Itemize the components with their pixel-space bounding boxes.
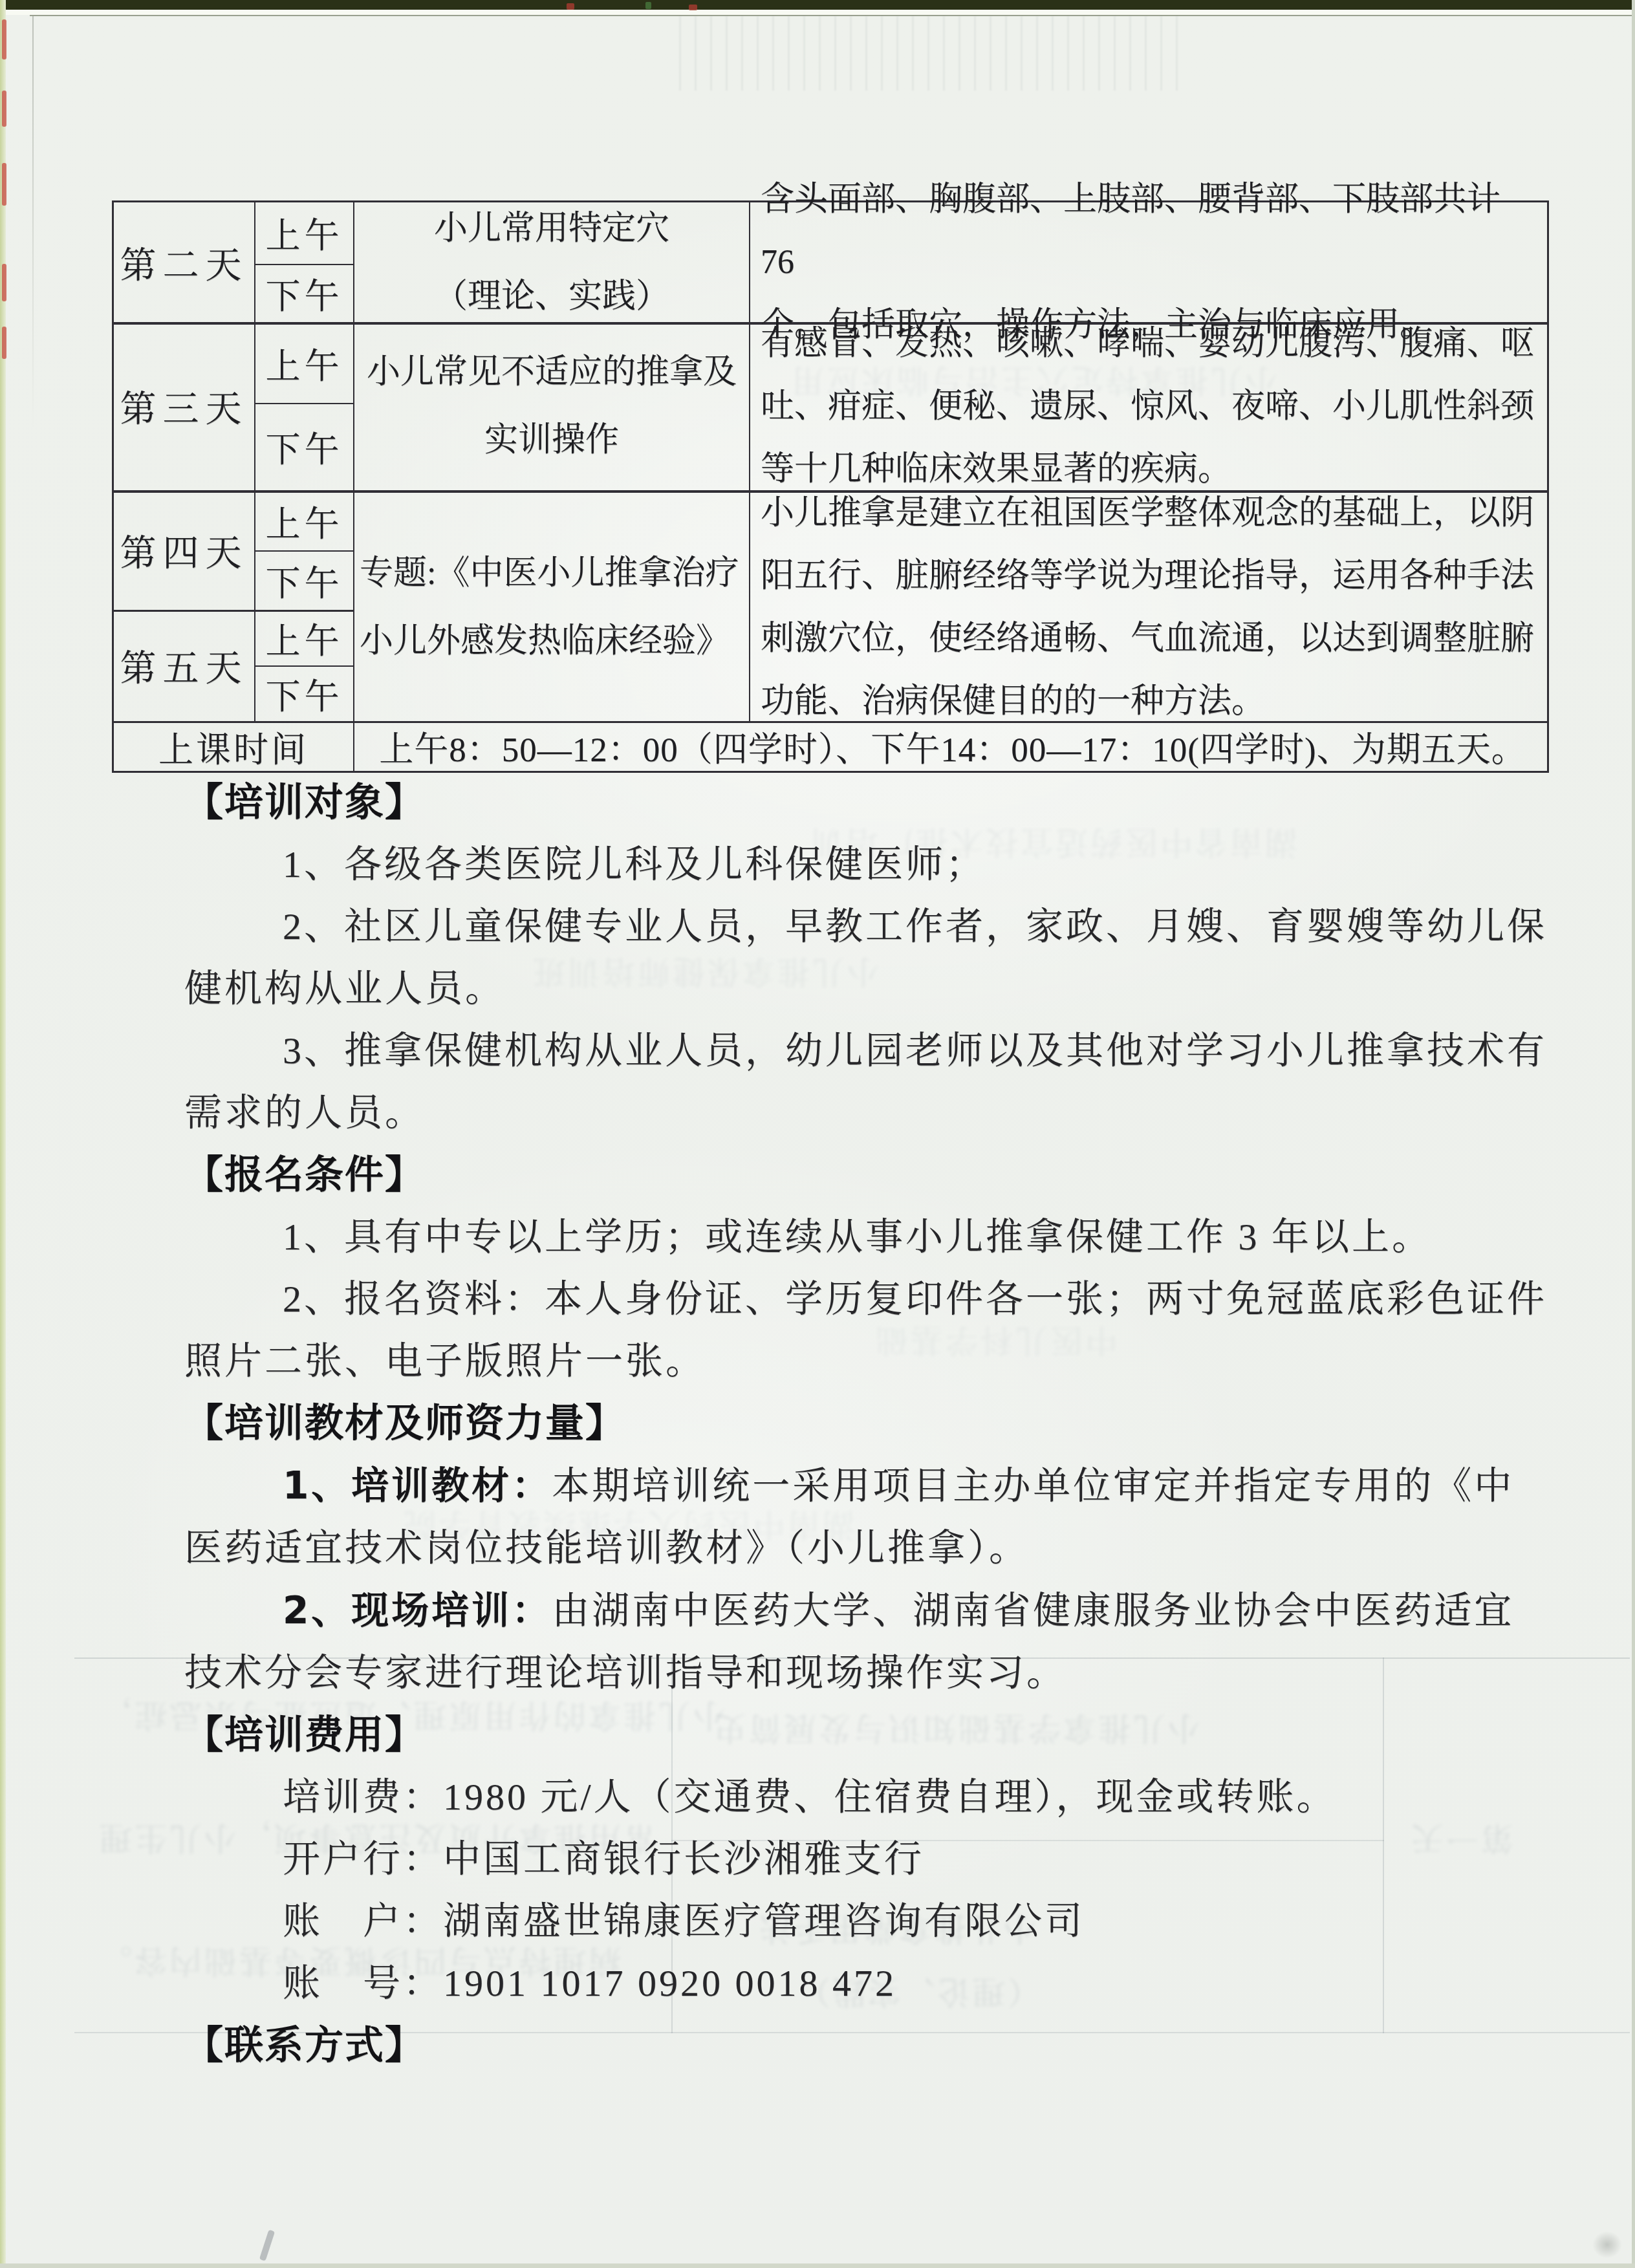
section-heading-materials-faculty: 【培训教材及师资力量】 [184,1392,1550,1454]
paragraph-text: 2、报名资料：本人身份证、学历复印件各一张；两寸免冠蓝底彩色证件照片二张、电子版… [184,1278,1547,1382]
description-line: 吐、疳症、便秘、遗尿、惊风、夜啼、小儿肌性斜颈 [761,375,1534,438]
table-cell-topic-day2: 小儿常用特定穴 （理论、实践） [354,202,749,322]
scanned-document-page: 小儿推拿学基础知识与发展简史 小儿推拿常用手法 （理论、实践） 第一天 小儿推拿… [0,0,1635,2268]
red-edge-mark [2,19,6,59]
paragraph: 1、具有中专以上学历；或连续从事小儿推拿保健工作 3 年以上。 [184,1206,1550,1268]
paragraph-text: 3、推拿保健机构从业人员，幼儿园老师以及其他对学习小儿推拿技术有需求的人员。 [184,1030,1547,1134]
red-edge-mark [2,264,6,301]
paper-fold-shadow [32,16,34,430]
table-cell-pm: 下午 [255,552,353,610]
topic-line: （理论、实践） [434,263,669,330]
red-edge-mark [2,163,6,206]
paragraph: 2、现场培训：由湖南中医药大学、湖南省健康服务业协会中医药适宜技术分会专家进行理… [184,1579,1550,1704]
scanner-bottom-band [0,2263,1635,2268]
scan-smudge [1592,2231,1622,2258]
topic-line: 专题:《中医小儿推拿治疗 [360,539,739,607]
table-cell-am: 上午 [255,493,353,550]
topic-line: 小儿常见不适应的推拿及 [367,338,737,406]
paragraph-text: 1、各级各类医院儿科及儿科保健医师； [283,843,986,885]
document-body: 【培训对象】 1、各级各类医院儿科及儿科保健医师； 2、社区儿童保健专业人员，早… [184,772,1550,2077]
paragraph-text: 培训费：1980 元/人（交通费、住宿费自理），现金或转账。 [283,1776,1337,1818]
topic-line: 小儿常用特定穴 [434,195,669,263]
pencil-mark [259,2230,275,2262]
table-cell-day-2: 第二天 [114,202,254,322]
table-cell-class-time-value: 上午8：50—12：00（四学时）、下午14：00—17：10(四学时)、为期五… [354,723,1551,771]
schedule-table: 第二天 第三天 第四天 第五天 上午 下午 上午 下午 上午 下午 上午 下午 … [112,200,1549,773]
topic-line: 实训操作 [484,406,619,474]
table-cell-pm: 下午 [255,265,353,322]
paragraph: 2、报名资料：本人身份证、学历复印件各一张；两寸免冠蓝底彩色证件照片二张、电子版… [184,1268,1550,1392]
paragraph-text: 账 户：湖南盛世锦康医疗管理咨询有限公司 [283,1900,1085,1942]
description-line: 有感冒、发热、咳嗽、哮喘、婴幼儿腹泻、腹痛、呕 [761,312,1534,375]
table-cell-topic-day4-5: 专题:《中医小儿推拿治疗 小儿外感发热临床经验》 [354,493,749,721]
scan-speck [567,3,574,10]
red-edge-mark [2,91,6,127]
section-heading-contact: 【联系方式】 [184,2014,1550,2077]
topic-line: 小儿外感发热临床经验》 [360,607,730,675]
table-cell-day-3: 第三天 [114,322,254,490]
paragraph-account-name: 账 户：湖南盛世锦康医疗管理咨询有限公司 [184,1890,1550,1952]
section-heading-registration-requirements: 【报名条件】 [184,1144,1550,1206]
table-cell-class-time-label: 上课时间 [114,723,353,771]
paragraph: 1、各级各类医院儿科及儿科保健医师； [184,834,1550,896]
table-cell-day-5: 第五天 [114,610,254,721]
scanner-right-edge [1632,0,1635,2268]
table-cell-description-day4-5: 小儿推拿是建立在祖国医学整体观念的基础上，以阴 阳五行、脏腑经络等学说为理论指导… [750,493,1551,721]
table-cell-description-day3: 有感冒、发热、咳嗽、哮喘、婴幼儿腹泻、腹痛、呕 吐、疳症、便秘、遗尿、惊风、夜啼… [750,322,1551,490]
paragraph-text: 1、具有中专以上学历；或连续从事小儿推拿保健工作 3 年以上。 [283,1216,1432,1258]
red-edge-mark [2,327,6,359]
section-heading-training-targets: 【培训对象】 [184,772,1550,834]
description-line: 刺激穴位，使经络通畅、气血流通，以达到调整脏腑 [761,607,1534,670]
table-cell-pm: 下午 [255,667,353,721]
scan-speck [689,5,697,10]
description-line: 含头面部、胸腹部、上肢部、腰背部、下肢部共计 76 [761,168,1541,294]
paragraph: 1、培训教材：本期培训统一采用项目主办单位审定并指定专用的《中医药适宜技术岗位技… [184,1454,1550,1579]
scan-speck [645,2,651,9]
scan-streaks [679,16,1184,91]
table-cell-description-day2: 含头面部、胸腹部、上肢部、腰背部、下肢部共计 76 个。包括取穴，操作方法，主治… [750,202,1551,322]
table-cell-pm: 下午 [255,404,353,490]
paragraph: 3、推拿保健机构从业人员，幼儿园老师以及其他对学习小儿推拿技术有需求的人员。 [184,1020,1550,1144]
scanner-top-band [0,0,1635,10]
description-line: 小儿推拿是建立在祖国医学整体观念的基础上，以阴 [761,482,1534,545]
paper-top-edge [0,10,1635,15]
table-cell-am: 上午 [255,202,353,264]
table-cell-am: 上午 [255,325,353,403]
description-line: 阳五行、脏腑经络等学说为理论指导，运用各种手法 [761,545,1534,607]
table-cell-topic-day3: 小儿常见不适应的推拿及 实训操作 [354,322,749,490]
paragraph-text: 开户行：中国工商银行长沙湘雅支行 [283,1838,924,1880]
paragraph-fee: 培训费：1980 元/人（交通费、住宿费自理），现金或转账。 [184,1766,1550,1828]
paragraph-account-number: 账 号：1901 1017 0920 0018 472 [184,1952,1550,2014]
paragraph-bold-lead: 2、现场培训： [283,1588,552,1632]
section-heading-training-fee: 【培训费用】 [184,1704,1550,1766]
paragraph-text: 2、社区儿童保健专业人员，早教工作者，家政、月嫂、育婴嫂等幼儿保健机构从业人员。 [184,905,1547,1010]
paragraph: 2、社区儿童保健专业人员，早教工作者，家政、月嫂、育婴嫂等幼儿保健机构从业人员。 [184,896,1550,1020]
paragraph-bold-lead: 1、培训教材： [283,1463,552,1507]
paragraph-text: 账 号：1901 1017 0920 0018 472 [283,1962,896,2004]
paragraph-bank: 开户行：中国工商银行长沙湘雅支行 [184,1828,1550,1890]
table-cell-day-4: 第四天 [114,490,254,610]
table-cell-am: 上午 [255,612,353,665]
